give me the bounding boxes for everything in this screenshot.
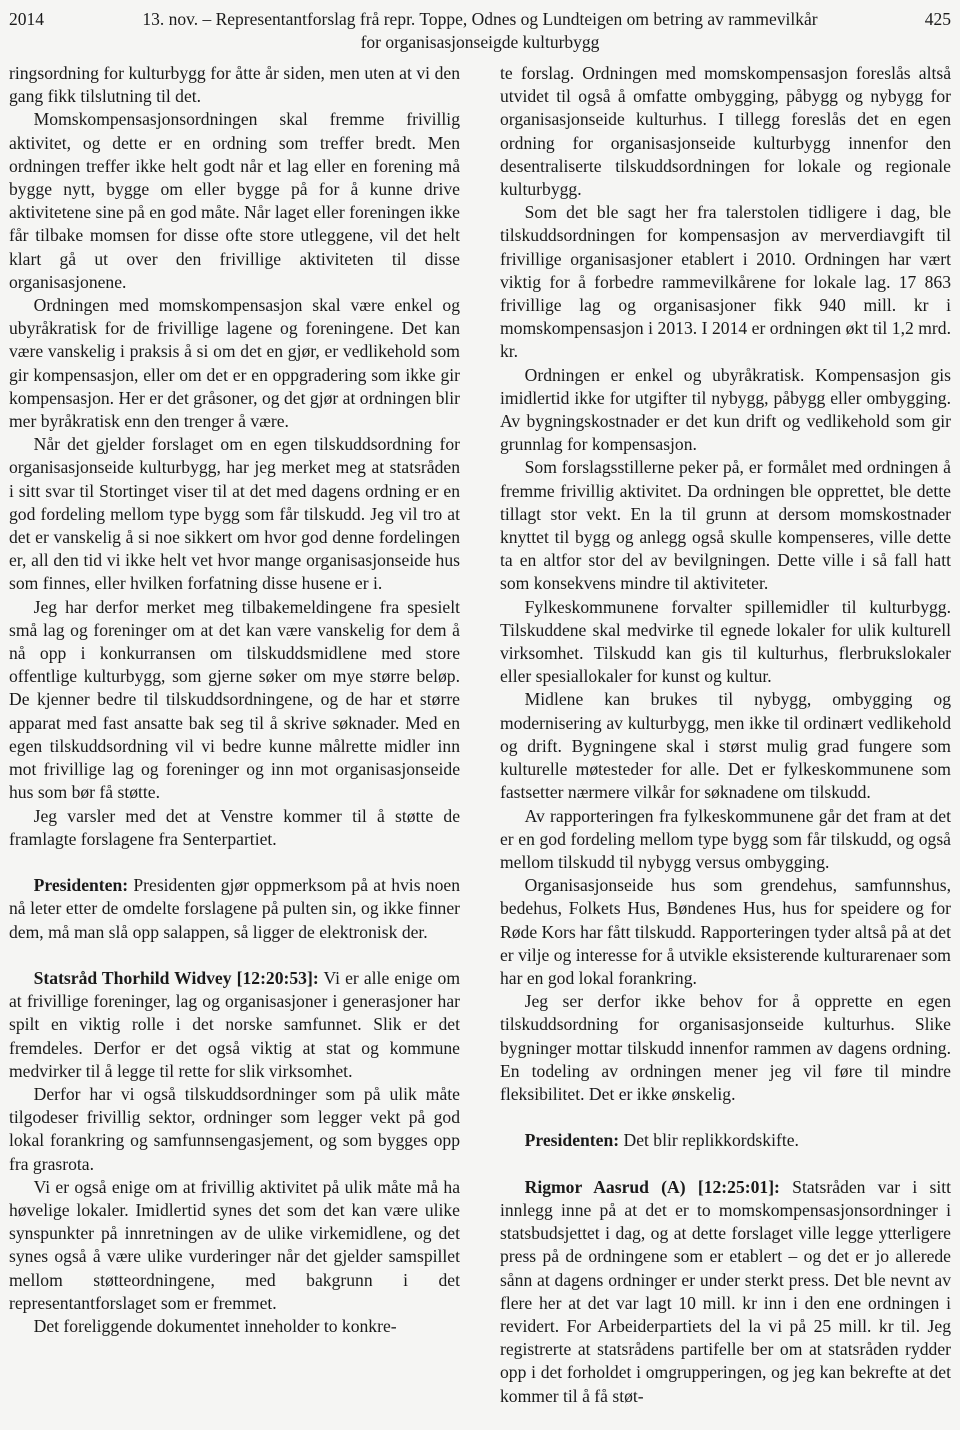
speech-text: Det blir replikkordskifte.	[619, 1130, 799, 1150]
speaker-paragraph-presidenten: Presidenten: Presidenten gjør oppmerksom…	[9, 874, 460, 944]
paragraph: Fylkeskommunene forvalter spillemidler t…	[500, 596, 951, 689]
speaker-name: Presidenten:	[525, 1130, 619, 1150]
speaker-paragraph-presidenten: Presidenten: Det blir replikkordskifte.	[500, 1129, 951, 1152]
paragraph: Som det ble sagt her fra talerstolen tid…	[500, 201, 951, 363]
paragraph: Som forslagsstillerne peker på, er formå…	[500, 456, 951, 595]
paragraph-continuation: ringsordning for kulturbygg for åtte år …	[9, 62, 460, 108]
paragraph: Det foreliggende dokumentet inneholder t…	[9, 1315, 460, 1338]
right-column: te forslag. Ordningen med momskompensasj…	[500, 62, 951, 1408]
header-title-line2: for organisasjonseigde kulturbygg	[89, 31, 871, 54]
text-columns: ringsordning for kulturbygg for åtte år …	[9, 62, 951, 1408]
header-page-number: 425	[925, 8, 951, 31]
speaker-name: Rigmor Aasrud (A) [12:25:01]:	[525, 1177, 780, 1197]
page-header: 2014 13. nov. – Representantforslag frå …	[9, 8, 951, 58]
paragraph: Jeg ser derfor ikke behov for å opprette…	[500, 990, 951, 1106]
document-page: 2014 13. nov. – Representantforslag frå …	[0, 0, 960, 1430]
header-title-line1: 13. nov. – Representantforslag frå repr.…	[89, 8, 871, 31]
paragraph: Når det gjelder forslaget om en egen til…	[9, 433, 460, 595]
header-title: 13. nov. – Representantforslag frå repr.…	[89, 8, 871, 54]
paragraph-continuation: te forslag. Ordningen med momskompensasj…	[500, 62, 951, 201]
paragraph: Midlene kan brukes til nybygg, ombygging…	[500, 688, 951, 804]
paragraph: Ordningen er enkel og ubyråkratisk. Komp…	[500, 364, 951, 457]
speaker-name: Presidenten:	[34, 875, 128, 895]
paragraph: Ordningen med momskompensasjon skal være…	[9, 294, 460, 433]
speech-text: Statsråden var i sitt innlegg inne på at…	[500, 1177, 951, 1406]
paragraph: Av rapporteringen fra fylkeskommunene gå…	[500, 805, 951, 875]
speaker-name: Statsråd Thorhild Widvey [12:20:53]:	[34, 968, 319, 988]
speaker-paragraph-rigmor-aasrud: Rigmor Aasrud (A) [12:25:01]: Statsråden…	[500, 1176, 951, 1408]
paragraph: Jeg har derfor merket meg tilbakemelding…	[9, 596, 460, 805]
header-year: 2014	[9, 8, 44, 31]
paragraph: Organisasjonseide hus som grendehus, sam…	[500, 874, 951, 990]
speaker-paragraph-statsrad-widvey: Statsråd Thorhild Widvey [12:20:53]: Vi …	[9, 967, 460, 1083]
paragraph: Derfor har vi også tilskuddsordninger so…	[9, 1083, 460, 1176]
paragraph: Jeg varsler med det at Venstre kommer ti…	[9, 805, 460, 851]
left-column: ringsordning for kulturbygg for åtte år …	[9, 62, 460, 1408]
paragraph: Vi er også enige om at frivillig aktivit…	[9, 1176, 460, 1315]
paragraph: Momskompensasjonsordningen skal fremme f…	[9, 108, 460, 294]
